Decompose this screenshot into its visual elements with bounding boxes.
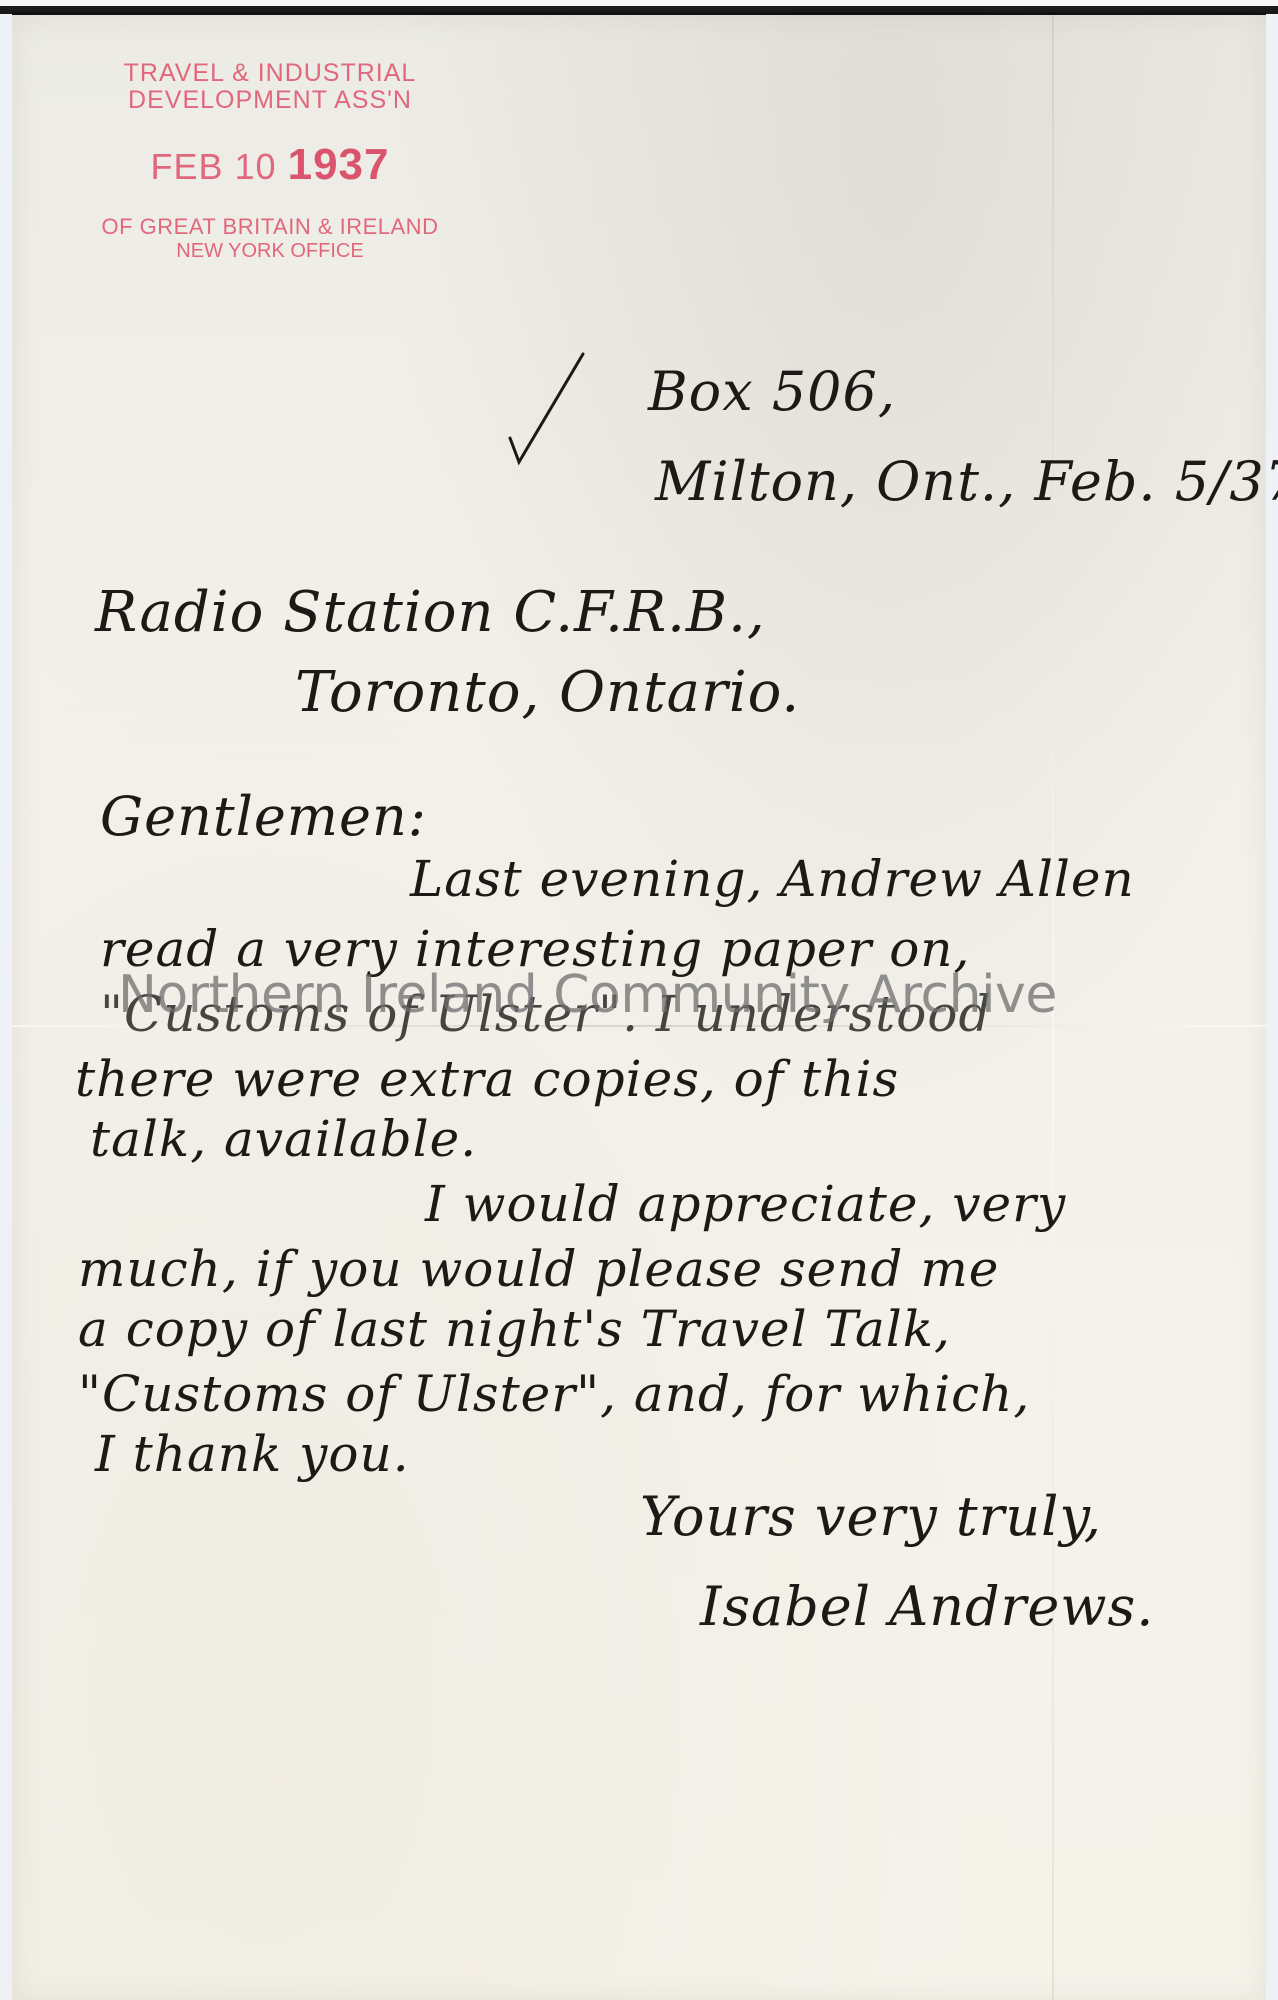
body-line: I would appreciate, very — [425, 1175, 1066, 1233]
body-line: a copy of last night's Travel Talk, — [78, 1300, 951, 1358]
recipient-line-1: Radio Station C.F.R.B., — [95, 580, 766, 645]
stamp-line-4: NEW YORK OFFICE — [70, 240, 470, 262]
stamp-date: FEB 10 1937 — [70, 140, 470, 190]
signature: Isabel Andrews. — [700, 1575, 1154, 1638]
closing: Yours very truly, — [640, 1485, 1102, 1548]
stamp-date-day: FEB 10 — [151, 146, 277, 187]
stamp-line-1: TRAVEL & INDUSTRIAL — [70, 60, 470, 87]
salutation: Gentlemen: — [100, 785, 427, 848]
sender-address-line-1: Box 506, — [648, 360, 896, 423]
received-stamp: TRAVEL & INDUSTRIAL DEVELOPMENT ASS'N FE… — [70, 60, 470, 262]
body-line: "Customs of Ulster", and, for which, — [78, 1365, 1030, 1423]
body-line: I thank you. — [95, 1425, 410, 1483]
stamp-line-3: OF GREAT BRITAIN & IRELAND — [70, 214, 470, 240]
stamp-date-year: 1937 — [288, 140, 390, 189]
body-line: talk, available. — [90, 1110, 477, 1168]
sender-address-line-2: Milton, Ont., Feb. 5/37. — [655, 450, 1278, 513]
archive-watermark: Northern Ireland Community Archive — [118, 965, 1057, 1025]
stamp-line-2: DEVELOPMENT ASS'N — [70, 87, 470, 114]
recipient-line-2: Toronto, Ontario. — [295, 660, 800, 725]
body-line: much, if you would please send me — [78, 1240, 999, 1298]
checkmark-icon — [505, 350, 595, 470]
body-line: Last evening, Andrew Allen — [410, 850, 1135, 908]
body-line: there were extra copies, of this — [75, 1050, 899, 1108]
